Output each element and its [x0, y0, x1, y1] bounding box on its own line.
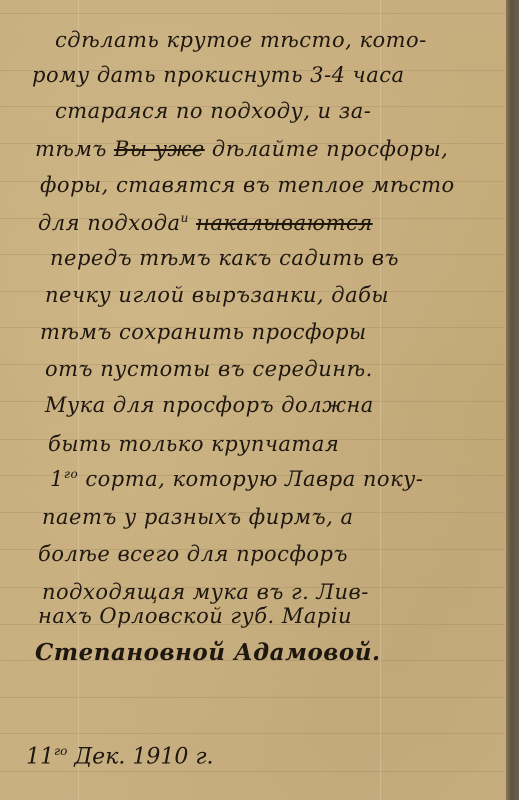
superscript: го [64, 467, 78, 481]
ruling-line [0, 13, 505, 14]
handwritten-line-9: тѣмъ сохранить просфоры [40, 320, 367, 344]
handwritten-line-7: передъ тѣмъ какъ садить въ [50, 246, 399, 270]
handwritten-line-14: паетъ у разныхъ фирмъ, а [42, 505, 353, 529]
superscript-insertion: и [181, 211, 189, 225]
ruling-line [0, 771, 505, 772]
ruling-line [0, 733, 505, 734]
struck-text: Вы уже [114, 137, 205, 161]
handwritten-line-18: Степановной Адамовой. [35, 639, 380, 666]
manuscript-page: сдѣлать крутое тѣсто, кото- рому дать пр… [0, 0, 519, 800]
date-month: Дек. [74, 744, 125, 769]
page-edge-binding [506, 0, 519, 800]
line-text: 1 [50, 467, 64, 491]
line-text: дѣлайте просфоры, [205, 137, 449, 161]
handwritten-line-13: 1го сорта, которую Лавра поку- [50, 467, 423, 491]
handwritten-line-6: для подходаи накалываются [38, 211, 373, 235]
line-text: сорта, которую Лавра поку- [78, 467, 423, 491]
date-day: 11 [26, 744, 54, 769]
struck-text: накалываются [196, 211, 373, 235]
date-year: 1910 г. [132, 744, 213, 769]
paper-fold [380, 0, 381, 800]
handwritten-line-15: болѣе всего для просфоръ [38, 542, 348, 566]
handwritten-line-2: рому дать прокиснуть 3-4 часа [32, 63, 405, 87]
handwritten-line-1: сдѣлать крутое тѣсто, кото- [55, 28, 427, 52]
handwritten-line-12: быть только крупчатая [48, 432, 339, 456]
date-day-suffix: го [54, 744, 67, 758]
handwritten-line-5: форы, ставятся въ теплое мѣсто [40, 173, 455, 197]
handwritten-line-4: тѣмъ Вы уже дѣлайте просфоры, [35, 137, 448, 161]
document-date: 11го Дек. 1910 г. [26, 744, 213, 769]
handwritten-line-8: печку иглой выръзанки, дабы [45, 283, 389, 307]
handwritten-line-17: нахъ Орловской губ. Маріи [38, 604, 352, 628]
handwritten-line-3: стараяся по подходу, и за- [55, 99, 371, 123]
ruling-line [0, 697, 505, 698]
handwritten-line-11: Мука для просфоръ должна [45, 393, 374, 417]
line-text [189, 211, 196, 235]
handwritten-line-16: подходящая мука въ г. Лив- [42, 580, 369, 604]
line-text: тѣмъ [35, 137, 114, 161]
line-text: для подхода [38, 211, 181, 235]
handwritten-line-10: отъ пустоты въ серединѣ. [45, 357, 373, 381]
